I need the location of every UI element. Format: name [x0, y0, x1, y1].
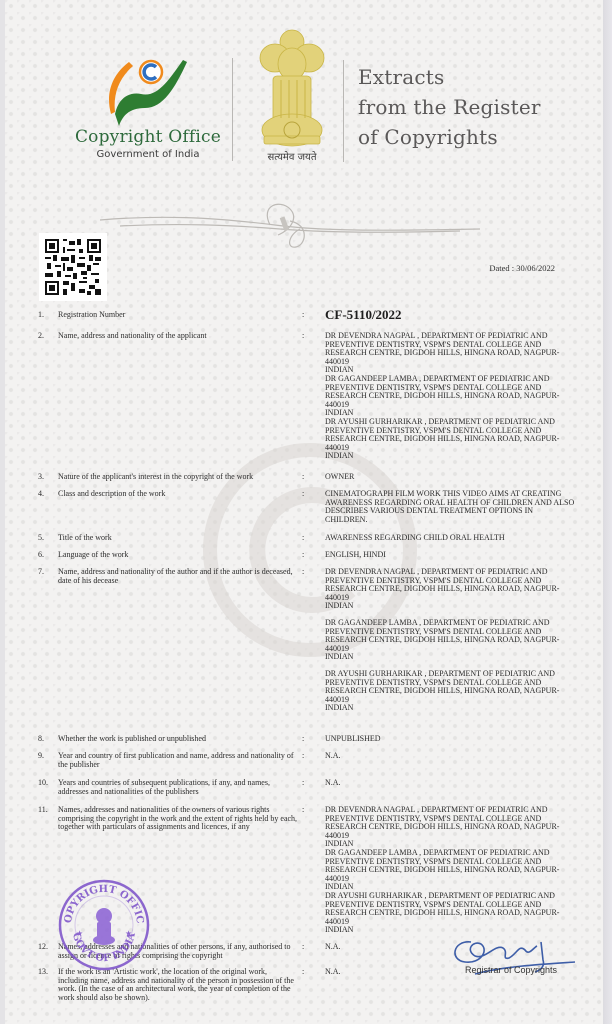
registrar-title: Registrar of Copyrights	[465, 965, 557, 975]
row-label: Language of the work	[58, 551, 298, 560]
copyright-logo-icon	[101, 52, 201, 130]
row-value: DR DEVENDRA NAGPAL , DEPARTMENT OF PEDIA…	[325, 332, 575, 461]
qr-code-icon	[45, 239, 101, 295]
row-label: Title of the work	[58, 534, 298, 543]
row-number: 2.	[38, 332, 56, 341]
ornamental-flourish-icon	[100, 195, 480, 250]
row-label: Names, addresses and nationalities of th…	[58, 806, 298, 832]
row-label: Class and description of the work	[58, 490, 298, 499]
row-separator: :	[302, 752, 304, 761]
row-number: 9.	[38, 752, 56, 761]
value-entry: DR AYUSHI GURHARIKAR , DEPARTMENT OF PED…	[325, 418, 575, 461]
row-separator: :	[302, 551, 304, 560]
row-number: 4.	[38, 490, 56, 499]
row-number: 3.	[38, 473, 56, 482]
value-entry: DR AYUSHI GURHARIKAR , DEPARTMENT OF PED…	[325, 892, 575, 935]
row-number: 10.	[38, 779, 56, 788]
row-value: N.A.	[325, 752, 575, 761]
row-value: UNPUBLISHED	[325, 735, 575, 744]
value-entry: N.A.	[325, 752, 575, 761]
row-label: Name, address and nationality of the aut…	[58, 568, 298, 585]
row-separator: :	[302, 806, 304, 815]
header-divider	[232, 58, 233, 161]
svg-text:★: ★	[125, 929, 132, 938]
value-entry: DR DEVENDRA NAGPAL , DEPARTMENT OF PEDIA…	[325, 332, 575, 375]
national-emblem-icon	[247, 24, 337, 164]
row-number: 11.	[38, 806, 56, 815]
row-number: 6.	[38, 551, 56, 560]
row-separator: :	[302, 568, 304, 577]
row-label: Years and countries of subsequent public…	[58, 779, 298, 796]
value-entry: DR AYUSHI GURHARIKAR , DEPARTMENT OF PED…	[325, 670, 575, 713]
row-label: If the work is an 'Artistic work', the l…	[58, 968, 296, 1002]
row-number: 13.	[38, 968, 56, 977]
row-number: 1.	[38, 311, 56, 320]
value-entry: CINEMATOGRAPH FILM WORK THIS VIDEO AIMS …	[325, 490, 575, 524]
page-edge	[603, 0, 612, 1024]
row-separator: :	[302, 735, 304, 744]
row-number: 8.	[38, 735, 56, 744]
value-entry: DR DEVENDRA NAGPAL , DEPARTMENT OF PEDIA…	[325, 806, 575, 849]
value-entry: DR GAGANDEEP LAMBA , DEPARTMENT OF PEDIA…	[325, 375, 575, 418]
value-entry: DR GAGANDEEP LAMBA , DEPARTMENT OF PEDIA…	[325, 619, 575, 662]
row-value: AWARENESS REGARDING CHILD ORAL HEALTH	[325, 534, 575, 543]
row-value: OWNER	[325, 473, 575, 482]
copyright-office-logo: Copyright Office Government of India	[63, 52, 233, 167]
office-title: Copyright Office	[63, 127, 233, 147]
row-separator: :	[302, 473, 304, 482]
row-value: DR DEVENDRA NAGPAL , DEPARTMENT OF PEDIA…	[325, 568, 575, 713]
row-separator: :	[302, 943, 304, 952]
document-heading: Extracts from the Register of Copyrights	[358, 62, 541, 152]
svg-text:★: ★	[76, 929, 83, 938]
header-divider	[343, 60, 344, 162]
row-value: CF-5110/2022	[325, 311, 575, 321]
office-subtitle: Government of India	[63, 149, 233, 160]
registration-number: CF-5110/2022	[325, 308, 575, 321]
value-entry: OWNER	[325, 473, 575, 482]
value-entry: AWARENESS REGARDING CHILD ORAL HEALTH	[325, 534, 575, 543]
row-value: CINEMATOGRAPH FILM WORK THIS VIDEO AIMS …	[325, 490, 575, 524]
row-label: Name, address and nationality of the app…	[58, 332, 298, 341]
row-separator: :	[302, 534, 304, 543]
row-label: Whether the work is published or unpubli…	[58, 735, 298, 744]
row-number: 12.	[38, 943, 56, 952]
row-separator: :	[302, 779, 304, 788]
row-separator: :	[302, 490, 304, 499]
value-entry: UNPUBLISHED	[325, 735, 575, 744]
row-value: N.A.	[325, 779, 575, 788]
row-number: 7.	[38, 568, 56, 577]
row-value: ENGLISH, HINDI	[325, 551, 575, 560]
row-separator: :	[302, 968, 304, 977]
emblem-motto: सत्यमेव जयते	[247, 149, 337, 163]
value-entry: DR GAGANDEEP LAMBA , DEPARTMENT OF PEDIA…	[325, 849, 575, 892]
copyright-office-seal-icon: COPYRIGHT OFFICE GOVT OF INDIA ★ ★	[57, 878, 151, 972]
row-label: Year and country of first publication an…	[58, 752, 298, 769]
row-value: DR DEVENDRA NAGPAL , DEPARTMENT OF PEDIA…	[325, 806, 575, 935]
value-entry: DR DEVENDRA NAGPAL , DEPARTMENT OF PEDIA…	[325, 568, 575, 611]
row-separator: :	[302, 332, 304, 341]
row-separator: :	[302, 311, 304, 320]
qr-code[interactable]	[39, 233, 107, 301]
row-number: 5.	[38, 534, 56, 543]
value-entry: N.A.	[325, 779, 575, 788]
issue-date: Dated : 30/06/2022	[489, 263, 555, 273]
row-label: Nature of the applicant's interest in th…	[58, 473, 298, 482]
row-label: Registration Number	[58, 311, 298, 320]
certificate-page: Copyright Office Government of India सत्…	[5, 0, 603, 1024]
value-entry: ENGLISH, HINDI	[325, 551, 575, 560]
